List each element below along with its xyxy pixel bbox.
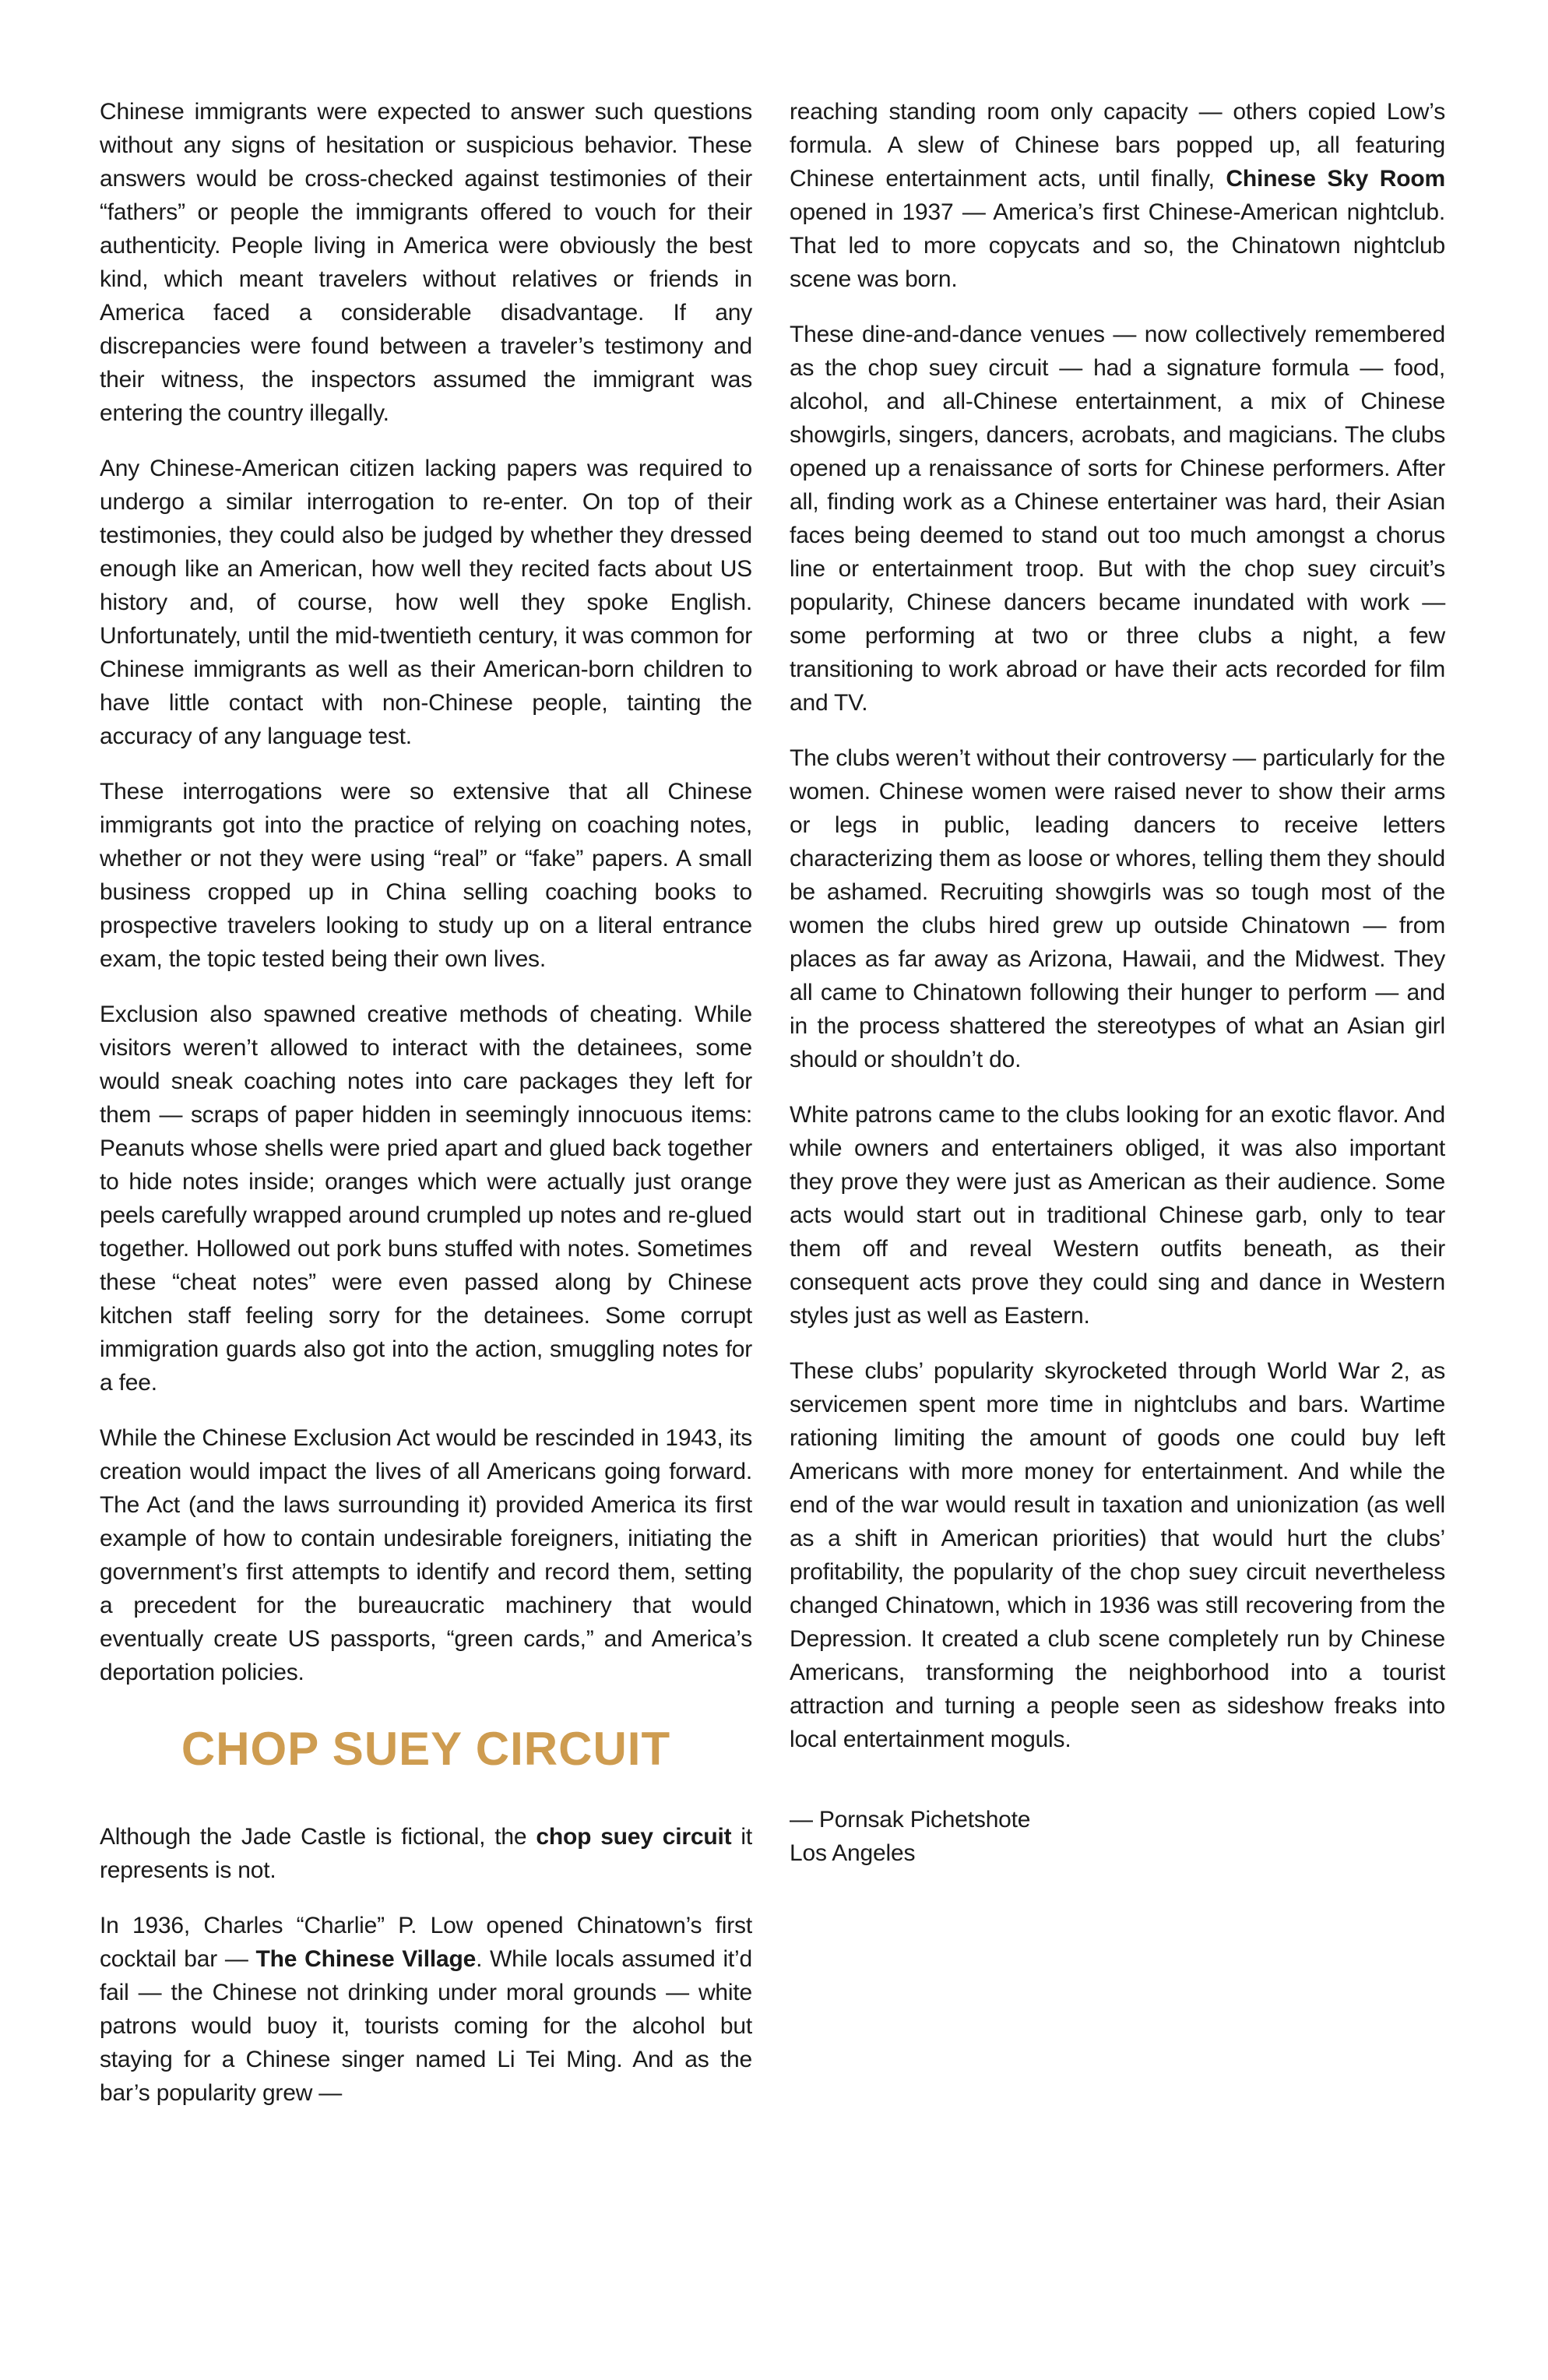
paragraph: Exclusion also spawned creative methods … <box>100 998 752 1399</box>
paragraph: White patrons came to the clubs looking … <box>790 1098 1445 1333</box>
left-column: Chinese immigrants were expected to answ… <box>100 95 752 2380</box>
paragraph: While the Chinese Exclusion Act would be… <box>100 1421 752 1689</box>
right-column: reaching standing room only capacity — o… <box>790 95 1445 2380</box>
text-run: Although the Jade Castle is fictional, t… <box>100 1824 536 1850</box>
paragraph: Chinese immigrants were expected to answ… <box>100 95 752 430</box>
paragraph: In 1936, Charles “Charlie” P. Low opened… <box>100 1909 752 2110</box>
paragraph: These interrogations were so extensive t… <box>100 775 752 976</box>
text-run: opened in 1937 — America’s first Chinese… <box>790 199 1445 292</box>
section-heading: CHOP SUEY CIRCUIT <box>100 1723 752 1775</box>
paragraph: These dine-and-dance venues — now collec… <box>790 318 1445 720</box>
page: Chinese immigrants were expected to answ… <box>0 0 1548 2380</box>
bold-text-run: Chinese Sky Room <box>1226 166 1445 192</box>
signature-location: Los Angeles <box>790 1836 1445 1870</box>
paragraph: reaching standing room only capacity — o… <box>790 95 1445 296</box>
paragraph: Any Chinese-American citizen lacking pap… <box>100 452 752 753</box>
paragraph: These clubs’ popularity skyrocketed thro… <box>790 1354 1445 1756</box>
signature-name: — Pornsak Pichetshote <box>790 1803 1445 1836</box>
paragraph: Although the Jade Castle is fictional, t… <box>100 1820 752 1887</box>
bold-text-run: The Chinese Village <box>256 1946 477 1972</box>
paragraph: The clubs weren’t without their controve… <box>790 741 1445 1076</box>
author-signature: — Pornsak Pichetshote Los Angeles <box>790 1803 1445 1870</box>
bold-text-run: chop suey circuit <box>536 1824 731 1850</box>
